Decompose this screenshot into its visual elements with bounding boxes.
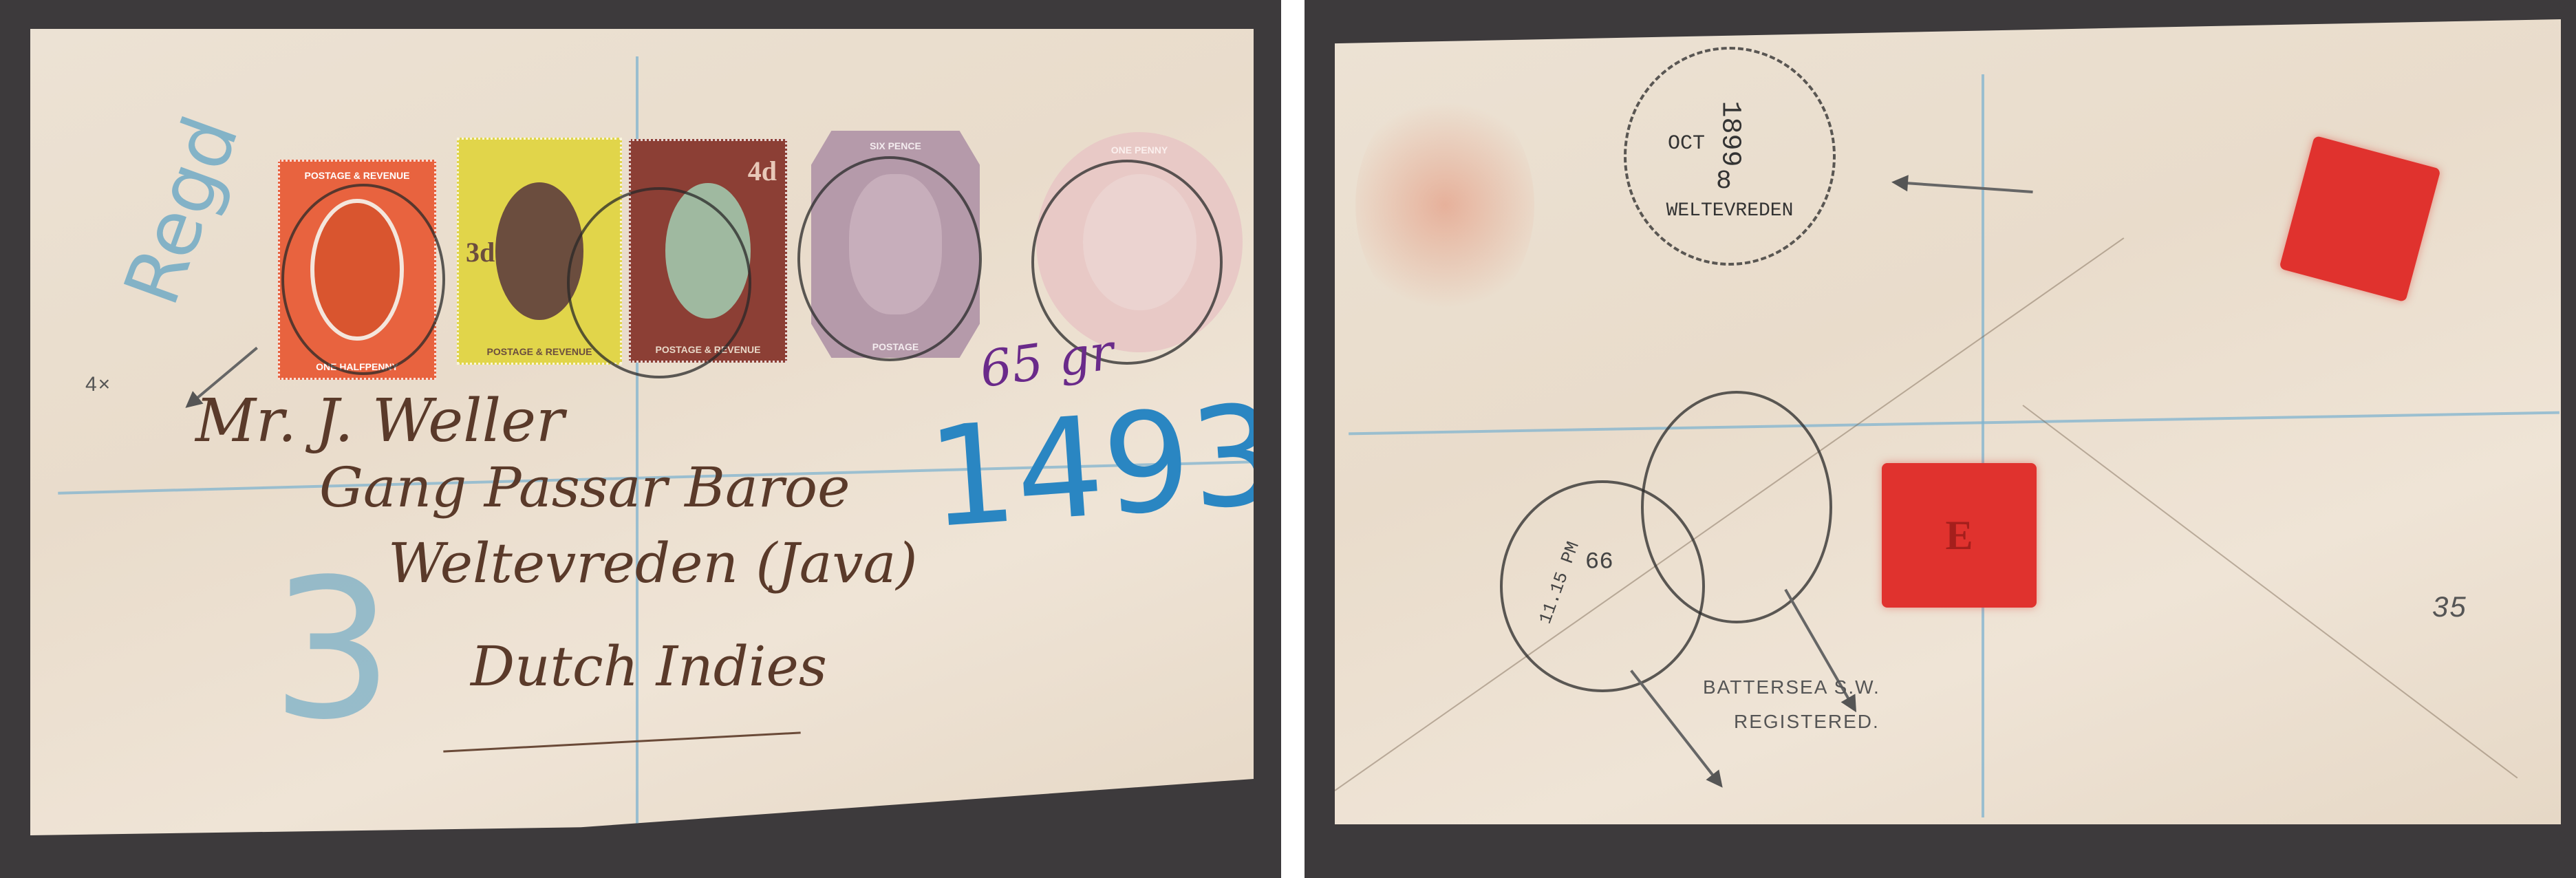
pencil-number: 35: [2432, 590, 2467, 623]
crayon-numeral: 3: [271, 538, 394, 762]
wax-seal-top: [2279, 136, 2440, 302]
pencil-caption-line-1: BATTERSEA S.W.: [1703, 676, 1880, 698]
pencil-note: 4×: [85, 373, 111, 396]
registered-postmark: 11.15 PM 99: [1500, 480, 1705, 692]
pencil-caption-line-2: REGISTERED.: [1734, 711, 1880, 733]
postmark-circle: [281, 184, 445, 375]
blue-crayon-horizontal-line: [1349, 411, 2559, 436]
envelope-back: 1899 WELTEVREDEN OCT 8 11.15 PM 99 BATTE…: [1335, 19, 2561, 824]
postmark-circle: [567, 187, 751, 378]
wax-seal-center: E: [1882, 463, 2037, 608]
address-line-1: Mr. J. Weller: [195, 387, 564, 456]
arrival-postmark: 1899 WELTEVREDEN OCT 8: [1624, 47, 1836, 266]
address-underline: [443, 731, 800, 752]
postmark-circle: [797, 156, 982, 361]
regd-crayon-note: Regd: [107, 105, 256, 316]
envelope-front-panel: POSTAGE & REVENUE ONE HALFPENNY 3d POSTA…: [0, 0, 1281, 878]
red-stain: [1355, 88, 1534, 322]
envelope-back-panel: 1899 WELTEVREDEN OCT 8 11.15 PM 99 BATTE…: [1305, 0, 2576, 878]
envelope-front: POSTAGE & REVENUE ONE HALFPENNY 3d POSTA…: [30, 29, 1254, 835]
address-line-3: Weltevreden (Java): [388, 531, 918, 595]
address-line-2: Gang Passar Baroe: [319, 456, 850, 520]
blue-crayon-vertical-line: [1982, 74, 1984, 817]
pencil-arrow-icon: [1896, 181, 2033, 193]
registration-number: 1493: [923, 375, 1281, 559]
address-line-4: Dutch Indies: [471, 634, 827, 698]
